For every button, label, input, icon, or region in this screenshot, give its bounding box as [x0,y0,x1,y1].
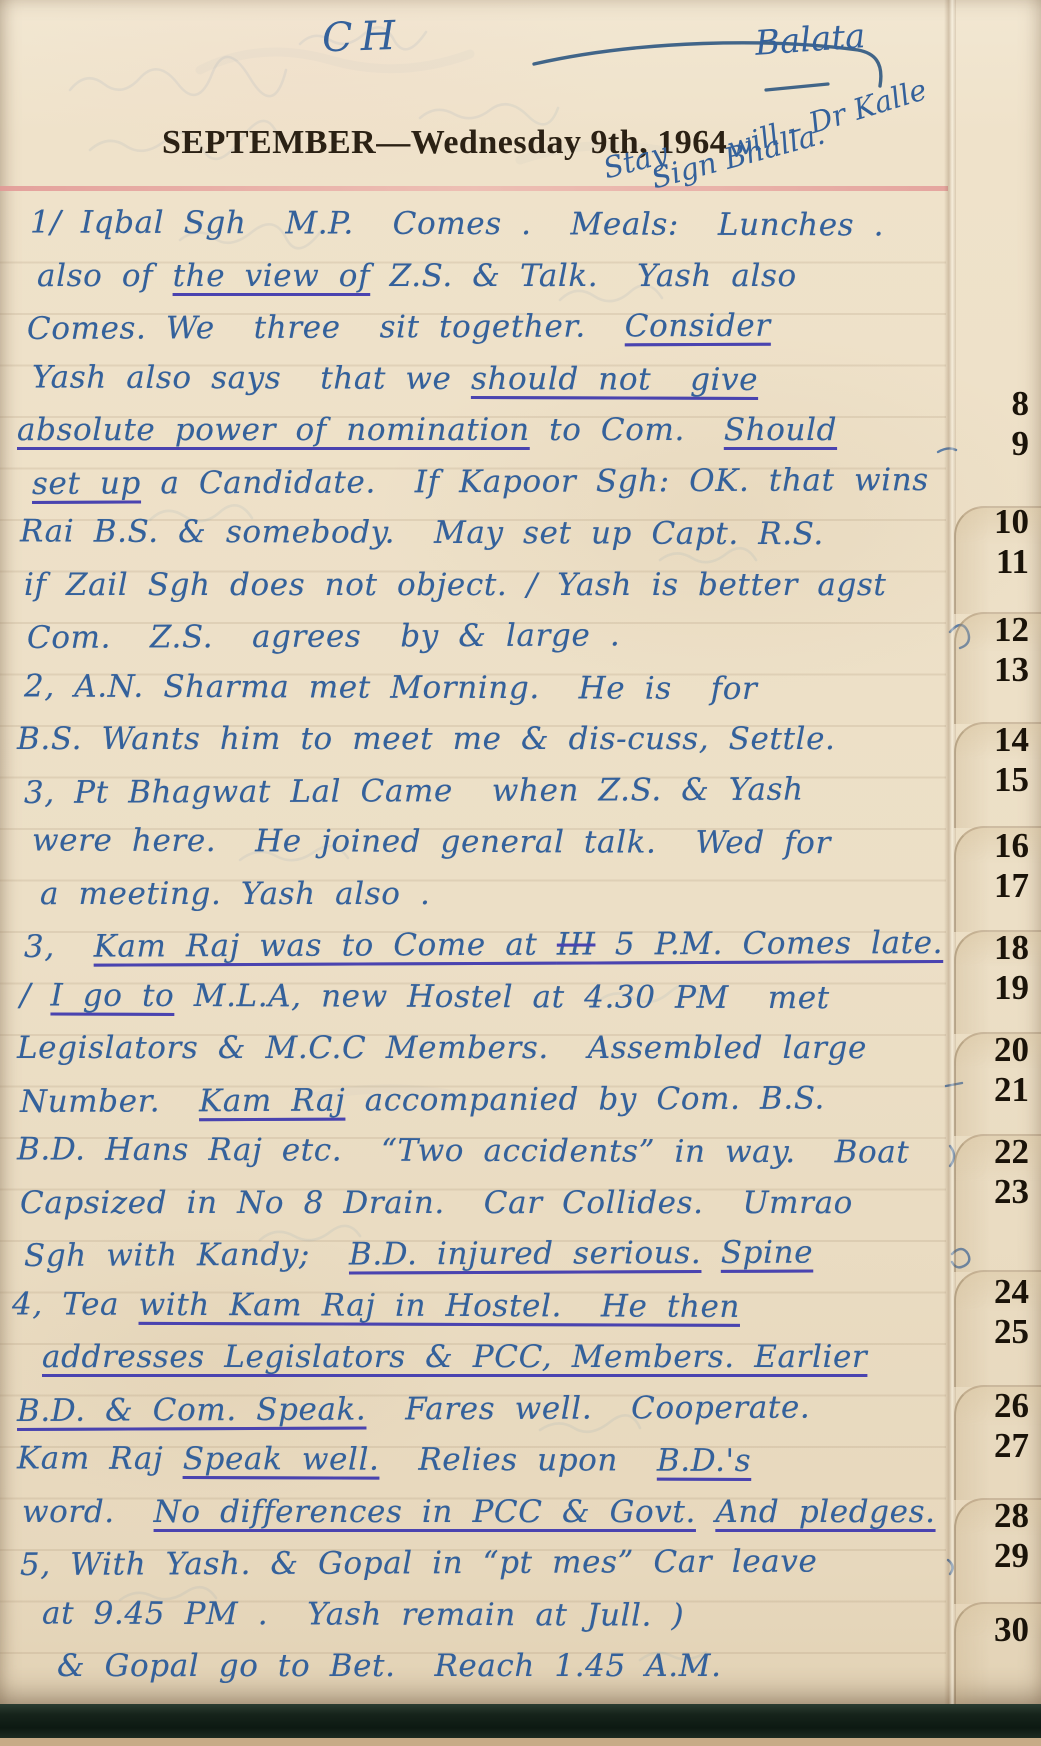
date-tab[interactable]: 2627 [954,1385,1041,1500]
underlined-handwriting: B.D. injured serious. [349,1235,702,1273]
diary-line: 5, With Yash. & Gopal in “pt mes” Car le… [12,1543,942,1599]
handwriting [701,1235,721,1271]
diary-line: Yash also says that we should not give [12,359,942,414]
handwriting: Yash also says that we [32,359,471,397]
tab-date-number: 12 [994,609,1029,651]
underlined-handwriting: I go to [50,977,174,1013]
underlined-handwriting: 5 P.M. Comes late. [595,925,943,963]
diary-line: addresses Legislators & PCC, Members. Ea… [12,1339,942,1391]
tab-date-number: 13 [994,649,1029,691]
tab-date-number: 27 [994,1425,1029,1467]
diary-line: Sgh with Kandy; B.D. injured serious. Sp… [12,1234,942,1290]
diary-line: Number. Kam Raj accompanied by Com. B.S. [12,1079,942,1135]
diary-line: 1/ Iqbal Sgh M.P. Comes . Meals: Lunches… [12,204,942,259]
diary-line: Legislators & M.C.C Members. Assembled l… [12,1030,942,1082]
handwriting: to Com. [530,412,724,448]
date-tab[interactable]: 2425 [954,1270,1041,1387]
tab-date-number: 22 [994,1131,1029,1173]
handwriting: 3, Pt Bhagwat Lal Came when Z.S. & Yash [24,771,804,810]
date-tab[interactable]: 1617 [954,826,1041,932]
diary-line: if Zail Sgh does not object. / Yash is b… [12,567,942,619]
diary-line: B.S. Wants him to meet me & dis-cuss, Se… [12,721,942,773]
underlined-handwriting: III [557,926,596,962]
diary-line: B.D. & Com. Speak. Fares well. Cooperate… [12,1388,942,1444]
handwriting: Com. Z.S. agrees by & large . [27,617,620,656]
underlined-handwriting: should not give [471,360,758,397]
handwriting: & Gopal go to Bet. Reach 1.45 A.M. [57,1648,722,1684]
handwriting: a meeting. Yash also . [40,876,430,912]
tab-date-number: 19 [994,967,1029,1009]
diary-line: 2, A.N. Sharma met Morning. He is for [12,668,942,723]
handwriting: word. [22,1494,154,1530]
tab-date-number: 17 [994,865,1029,907]
underlined-handwriting: B.D.'s [657,1443,751,1479]
handwriting: 3, [24,929,94,965]
handwriting: Comes. We three sit together. [27,308,625,347]
handwriting: Capsized in No 8 Drain. Car Collides. Um… [20,1185,853,1221]
handwriting: B.D. Hans Raj etc. “Two accidents” in wa… [17,1131,909,1170]
diary-line: were here. He joined general talk. Wed f… [12,822,942,877]
handwriting: B.S. Wants him to meet me & dis-cuss, Se… [17,721,835,757]
underlined-handwriting: set up [32,465,141,501]
diary-line: a meeting. Yash also . [12,876,942,928]
diary-line: also of the view of Z.S. & Talk. Yash al… [12,258,942,310]
tab-date-number: 11 [996,541,1029,583]
handwritten-corner-mark: CH [321,13,404,62]
handwriting: Legislators & M.C.C Members. Assembled l… [17,1030,867,1066]
diary-line: word. No differences in PCC & Govt. And … [12,1494,942,1546]
tab-date-number: 24 [994,1271,1029,1313]
handwriting: Relies upon [379,1442,657,1479]
tab-date-number: 21 [994,1069,1029,1111]
handwriting: if Zail Sgh does not object. / Yash is b… [24,567,886,603]
tab-date-number: 30 [994,1609,1029,1651]
underlined-handwriting: Speak well. [183,1441,380,1478]
underlined-handwriting: And pledges. [715,1494,935,1530]
handwriting [696,1494,715,1530]
handwriting: / [20,977,51,1013]
tab-date-number: 25 [994,1311,1029,1353]
diary-scan: SEPTEMBER—Wednesday 9th, 1964 CH Balata … [0,0,1041,1746]
handwriting: 2, A.N. Sharma met Morning. He is for [24,668,758,707]
handwriting: 1/ Iqbal Sgh M.P. Comes . Meals: Lunches… [30,204,884,243]
handwriting: also of [37,258,173,294]
pink-header-rule [0,186,948,191]
underlined-handwriting: Spine [721,1235,813,1271]
diary-line: 3, Kam Raj was to Come at III 5 P.M. Com… [12,925,942,981]
underlined-handwriting: the view of [173,258,371,294]
underlined-handwriting: Kam Raj [199,1082,345,1119]
diary-entries: 1/ Iqbal Sgh M.P. Comes . Meals: Lunches… [12,206,942,1700]
handwriting: Number. [20,1083,199,1120]
underlined-handwriting: Consider [625,308,771,345]
tab-date-number: 10 [994,501,1029,543]
handwriting: 4, Tea [12,1286,139,1322]
handwriting: Fares well. Cooperate. [366,1389,810,1427]
diary-line: at 9.45 PM . Yash remain at Jull. ) [12,1595,942,1650]
diary-line: Rai B.S. & somebody. May set up Capt. R.… [12,513,942,568]
underlined-handwriting: absolute power of nomination [17,412,530,448]
diary-line: Kam Raj Speak well. Relies upon B.D.'s [12,1440,942,1495]
handwriting: were here. He joined general talk. Wed f… [32,822,831,861]
tab-date-number: 23 [994,1171,1029,1213]
underlined-handwriting: addresses Legislators & PCC, Members. Ea… [42,1339,867,1375]
diary-line: set up a Candidate. If Kapoor Sgh: OK. t… [12,461,942,517]
tab-date-number: 16 [994,825,1029,867]
handwritten-place-note: Balata [754,16,867,64]
underlined-handwriting: B.D. & Com. Speak. [17,1391,367,1429]
tab-date-number: 15 [994,759,1029,801]
underlined-handwriting: with Kam Raj in Hostel. He then [139,1286,741,1324]
diary-line: Comes. We three sit together. Consider [12,307,942,363]
handwriting: M.L.A, new Hostel at 4.30 PM met [174,977,830,1015]
date-tab[interactable]: 89 [954,386,1041,502]
tab-date-number: 9 [1012,423,1030,465]
diary-line: 3, Pt Bhagwat Lal Came when Z.S. & Yash [12,770,942,826]
handwriting: Z.S. & Talk. Yash also [370,258,797,294]
diary-line: 4, Tea with Kam Raj in Hostel. He then [12,1286,942,1341]
diary-line: Com. Z.S. agrees by & large . [12,616,942,672]
handwriting: Kam Raj [17,1440,183,1477]
date-tab[interactable]: 2021 [954,1032,1041,1136]
date-tab[interactable]: 1213 [954,612,1041,724]
diary-line: B.D. Hans Raj etc. “Two accidents” in wa… [12,1131,942,1186]
tab-date-number: 18 [994,927,1029,969]
handwriting: accompanied by Com. B.S. [345,1080,825,1118]
date-tab[interactable]: 1819 [954,930,1041,1034]
handwriting: at 9.45 PM . Yash remain at Jull. ) [42,1595,684,1633]
date-tabs: 8910111213141516171819202122232425262728… [950,0,1041,1704]
diary-line: / I go to M.L.A, new Hostel at 4.30 PM m… [12,977,942,1032]
date-tab[interactable]: 1415 [954,722,1041,828]
underlined-handwriting: No differences in PCC & Govt. [154,1494,696,1530]
date-tab[interactable]: 2829 [954,1498,1041,1604]
diary-line: & Gopal go to Bet. Reach 1.45 A.M. [12,1648,942,1700]
underlined-handwriting: Kam Raj was to Come at [94,927,557,965]
handwriting: 5, With Yash. & Gopal in “pt mes” Car le… [20,1544,818,1583]
tab-date-number: 28 [994,1495,1029,1537]
underlined-handwriting: Should [724,412,837,448]
handwriting: Rai B.S. & somebody. May set up Capt. R.… [20,513,824,552]
diary-cover-edge [0,1704,1041,1738]
date-tab[interactable]: 2223 [954,1134,1041,1272]
tab-date-number: 20 [994,1029,1029,1071]
tab-date-number: 26 [994,1385,1029,1427]
date-tab[interactable]: 1011 [954,506,1041,614]
diary-line: absolute power of nomination to Com. Sho… [12,412,942,464]
diary-line: Capsized in No 8 Drain. Car Collides. Um… [12,1185,942,1237]
handwriting: Sgh with Kandy; [24,1237,349,1274]
date-tab[interactable]: 30 [954,1602,1041,1706]
tab-date-number: 29 [994,1535,1029,1577]
tab-date-number: 14 [994,719,1029,761]
handwriting: a Candidate. If Kapoor Sgh: OK. that win… [141,462,929,501]
tab-date-number: 8 [1012,383,1030,425]
